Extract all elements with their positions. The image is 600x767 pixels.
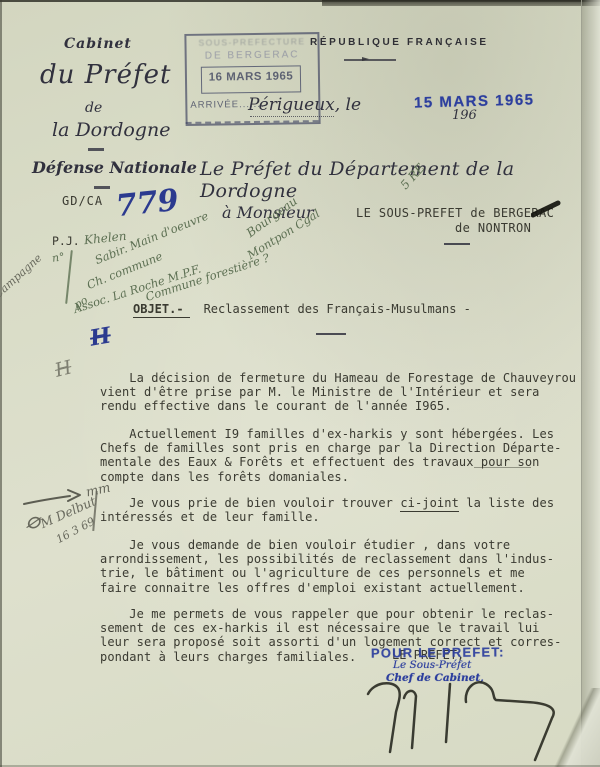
letterhead-du-prefet: du Préfet bbox=[40, 60, 171, 90]
subject-line: OBJET.-Reclassement des Français-Musulma… bbox=[133, 302, 471, 316]
body-line: trie, le bâtiment ou l'agriculture de ce… bbox=[100, 566, 554, 580]
p3-suffix: la liste des bbox=[459, 496, 554, 510]
letterhead-la-dordogne: la Dordogne bbox=[52, 119, 170, 141]
p3-prefix: Je vous prie de bien vouloir trouver bbox=[100, 496, 400, 510]
pencil-underline-pour-son bbox=[474, 467, 531, 468]
arrival-stamp-line1: SOUS-PREFECTURE bbox=[186, 36, 317, 48]
arrival-stamp-bottom-line bbox=[186, 120, 319, 124]
annotation-num: n° bbox=[51, 250, 65, 265]
subject-text: Reclassement des Français-Musulmans - bbox=[204, 302, 471, 316]
paragraph-2: Actuellement I9 familles d'ex-harkis y s… bbox=[100, 427, 561, 484]
letterhead-ref: GD/CA bbox=[62, 194, 103, 208]
paraphe-grey: H bbox=[53, 356, 74, 381]
handwritten-signature bbox=[330, 672, 600, 767]
scan-edge-left bbox=[0, 0, 2, 767]
printed-year: 196 bbox=[452, 108, 477, 123]
body-line: compte dans les forêts domaniales. bbox=[100, 470, 561, 484]
republic-title: RÉPUBLIQUE FRANÇAISE bbox=[310, 37, 489, 48]
recipient-line2: de NONTRON bbox=[455, 221, 531, 235]
annotation-campagne: Campagne bbox=[0, 251, 44, 301]
body-line: Chefs de familles sont pris en charge pa… bbox=[100, 441, 561, 455]
subject-dash bbox=[316, 333, 346, 335]
letterhead-cabinet: Cabinet bbox=[64, 36, 132, 52]
body-line: La décision de fermeture du Hameau de Fo… bbox=[100, 371, 576, 385]
arrival-stamp-date-frame: 16 MARS 1965 bbox=[201, 65, 301, 93]
body-line: Je vous prie de bien vouloir trouver ci-… bbox=[100, 496, 554, 510]
paragraph-1: La décision de fermeture du Hameau de Fo… bbox=[100, 371, 576, 414]
arrival-stamp-line2: DE BERGERAC bbox=[187, 49, 318, 62]
body-line: sement de ces ex-harkis il est nécessair… bbox=[100, 621, 561, 635]
body-line: arrondissement, les possibilités de recl… bbox=[100, 552, 554, 566]
letterhead-de: de bbox=[85, 100, 102, 116]
ink-slash-mark bbox=[531, 199, 563, 219]
body-line: intéressés et de leur famille. bbox=[100, 510, 554, 524]
scan-edge-right bbox=[581, 0, 600, 767]
letterhead-defense-nationale: Défense Nationale bbox=[32, 158, 197, 177]
handwritten-number-779: 779 bbox=[114, 183, 180, 224]
paraphe-blue: H bbox=[88, 322, 113, 351]
body-line: rendu effective dans le courant de l'ann… bbox=[100, 399, 576, 413]
recipient-dash bbox=[444, 243, 470, 245]
subject-label: OBJET.- bbox=[133, 302, 190, 318]
letterhead-ornament-1 bbox=[88, 148, 104, 151]
arrival-stamp-date: 16 MARS 1965 bbox=[202, 70, 300, 83]
pj-label: P.J. bbox=[52, 234, 80, 248]
scanned-letter-page: Cabinet du Préfet de la Dordogne Défense… bbox=[0, 0, 600, 767]
republic-ornament-line bbox=[344, 59, 396, 61]
annotation-circle-slash: ∅ bbox=[25, 512, 41, 533]
letterhead-ornament-2 bbox=[94, 186, 110, 189]
scan-edge-top-right-band bbox=[322, 0, 600, 6]
body-line: Actuellement I9 familles d'ex-harkis y s… bbox=[100, 427, 561, 441]
paragraph-3: Je vous prie de bien vouloir trouver ci-… bbox=[100, 496, 554, 524]
republic-ornament-arrow bbox=[362, 57, 369, 61]
annotation-bracket-stroke bbox=[65, 250, 72, 304]
body-line: faire connaitre les offres d'emploi exis… bbox=[100, 581, 554, 595]
paragraph-4: Je vous demande de bien vouloir étudier … bbox=[100, 538, 554, 595]
p3-underlined-word: ci-joint bbox=[400, 496, 459, 512]
place-line: Périgueux, le bbox=[248, 95, 361, 115]
body-line: Je vous demande de bien vouloir étudier … bbox=[100, 538, 554, 552]
republic-ornament bbox=[344, 57, 396, 62]
recipient-line1: LE SOUS-PREFET de BERGERAC bbox=[356, 206, 554, 220]
arrivee-label: ARRIVÉE bbox=[190, 99, 239, 111]
sous-prefet-stamp-line: Le Sous-Préfet bbox=[393, 659, 471, 671]
body-line: vient d'être prise par M. le Ministre de… bbox=[100, 385, 576, 399]
place-dotted-line bbox=[250, 116, 334, 117]
body-line: Je me permets de vous rappeler que pour … bbox=[100, 607, 561, 621]
